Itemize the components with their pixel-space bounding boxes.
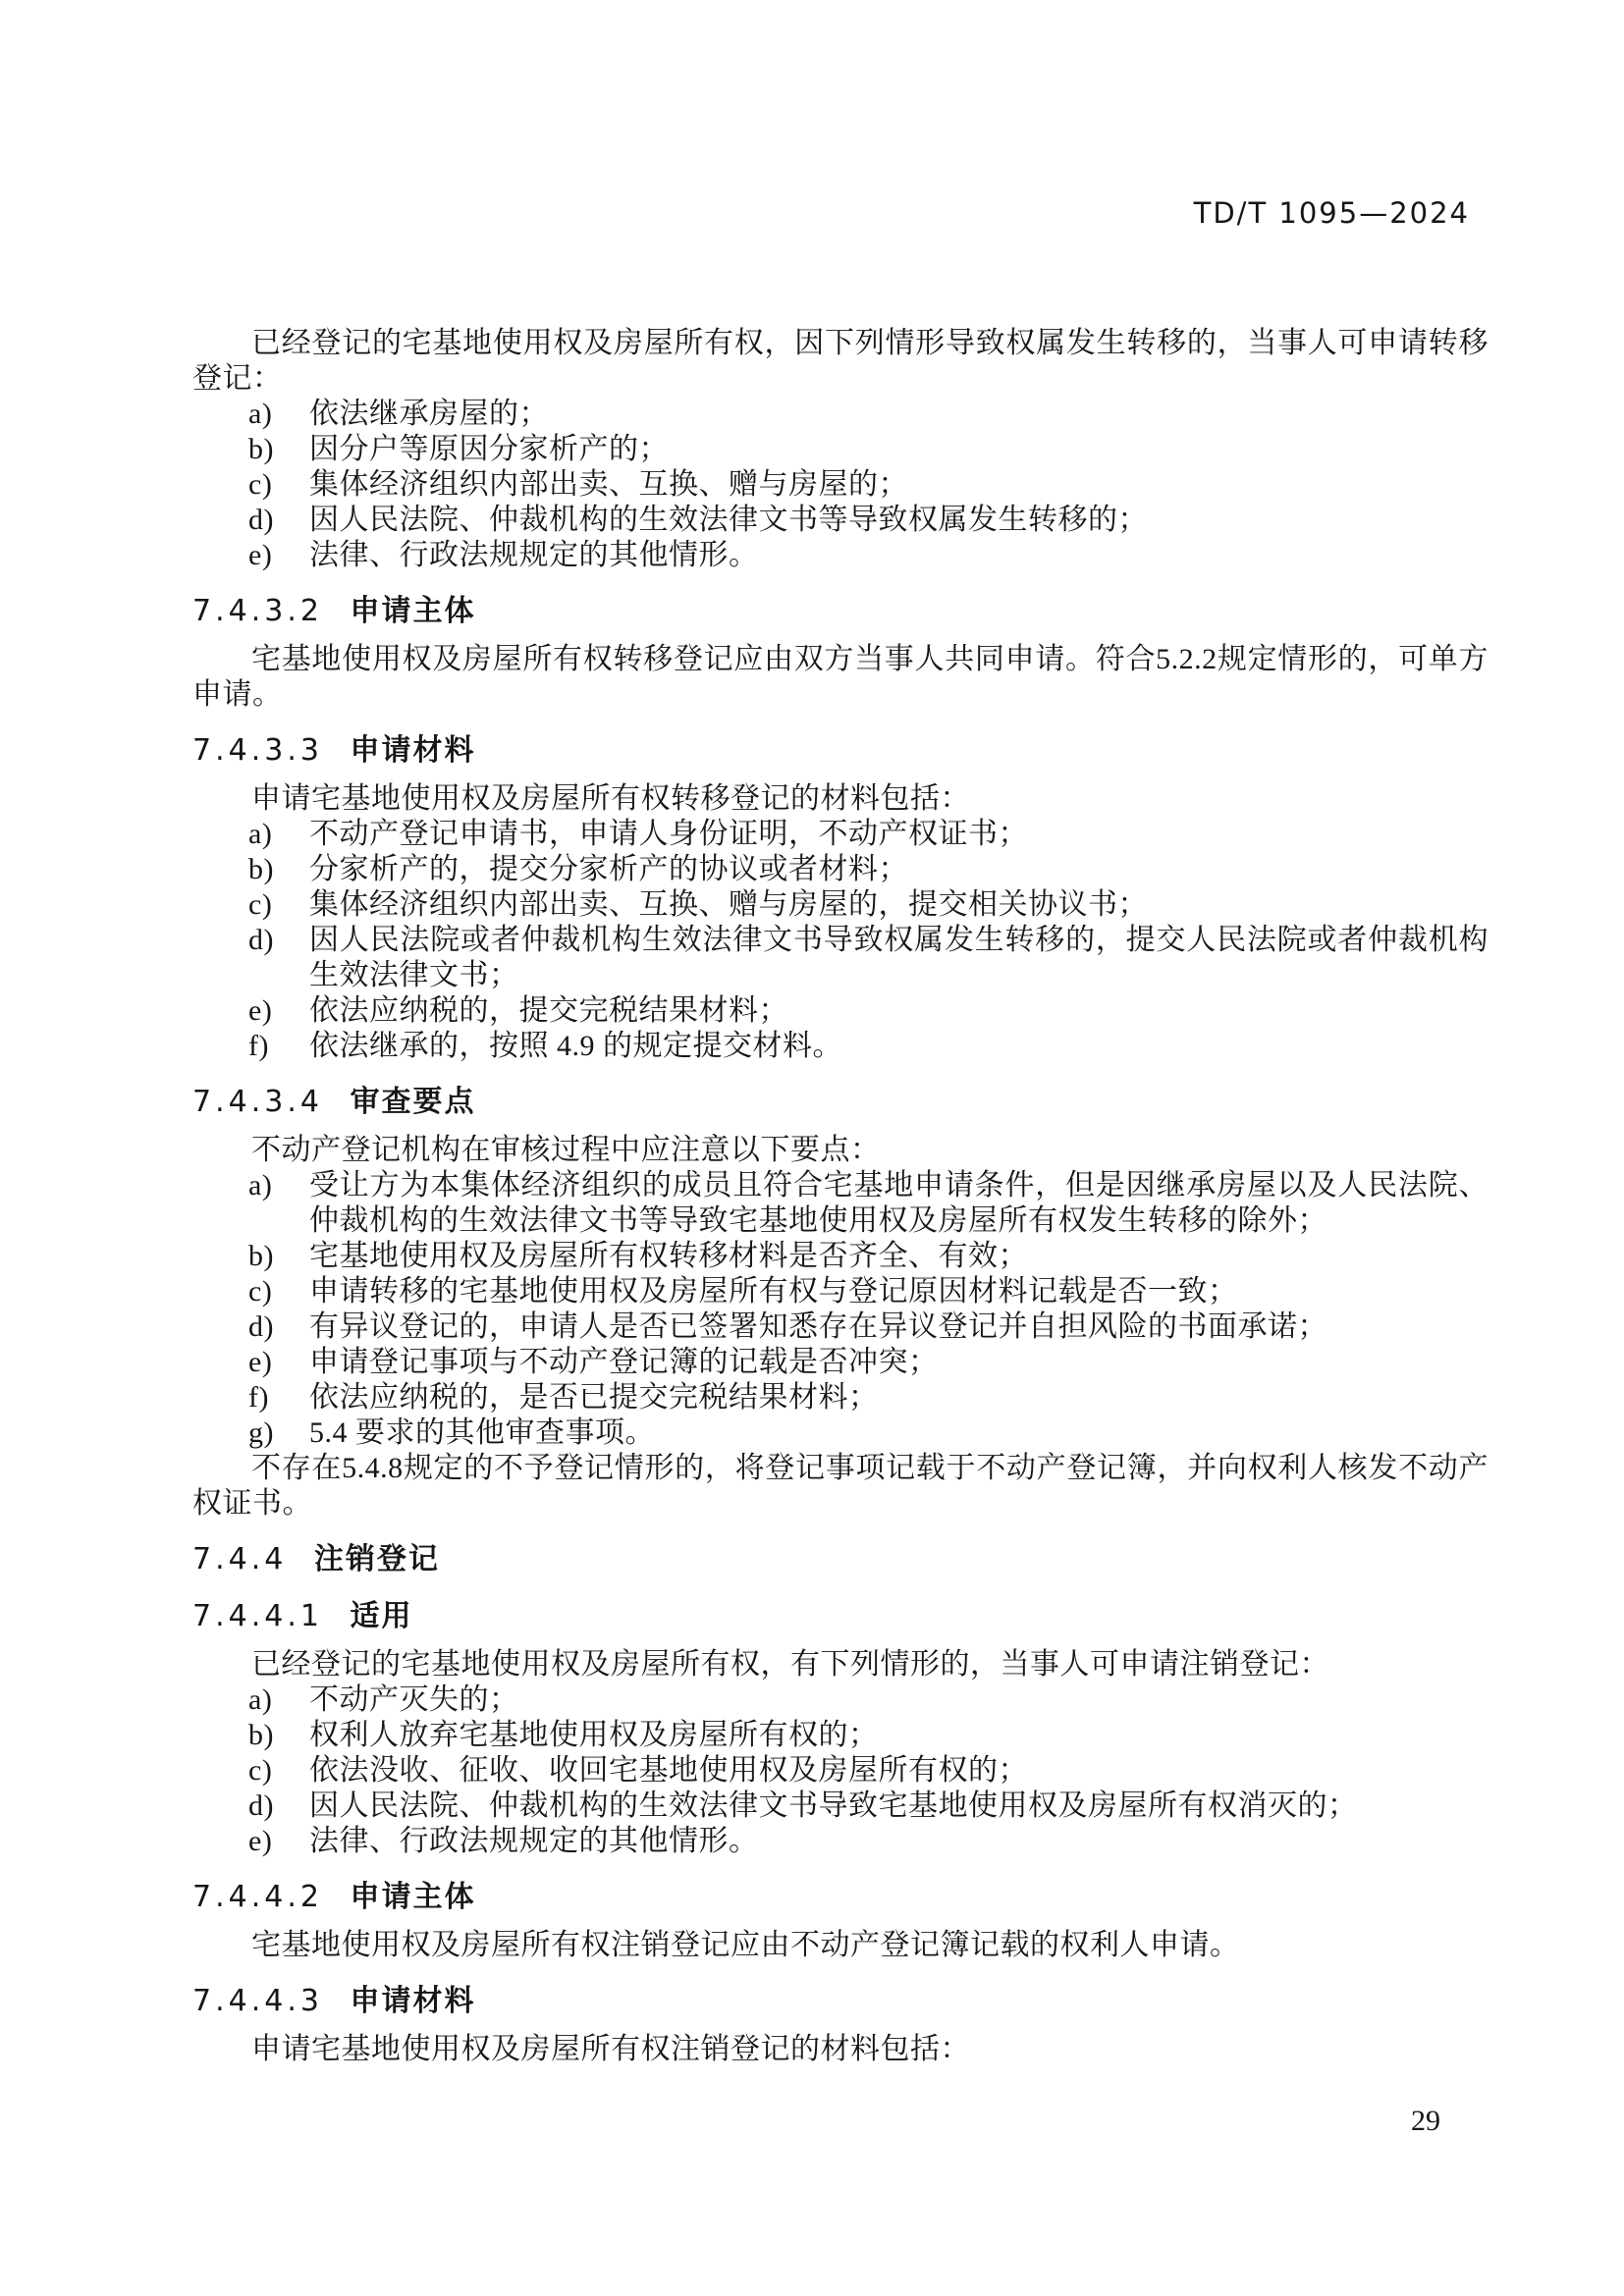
item-text: 有异议登记的，申请人是否已签署知悉存在异议登记并自担风险的书面承诺； [309, 1310, 1327, 1343]
application-materials-list: a) 不动产登记申请书，申请人身份证明，不动产权证书； b) 分家析产的，提交分… [192, 817, 1489, 1064]
item-label: e) [248, 1824, 272, 1859]
document-content: 已经登记的宅基地使用权及房屋所有权，因下列情形导致权属发生转移的，当事人可申请转… [192, 326, 1489, 2067]
clause-number: 7.4.3.4 [192, 1085, 323, 1119]
list-item: c) 集体经济组织内部出卖、互换、赠与房屋的； [192, 467, 1489, 503]
list-item: e) 依法应纳税的，提交完税结果材料； [192, 993, 1489, 1029]
item-text: 受让方为本集体经济组织的成员且符合宅基地申请条件，但是因继承房屋以及人民法院、仲… [309, 1169, 1489, 1237]
list-item: b) 分家析产的，提交分家析产的协议或者材料； [192, 852, 1489, 887]
item-text: 因分户等原因分家析产的； [309, 433, 669, 465]
transfer-intro-paragraph: 已经登记的宅基地使用权及房屋所有权，因下列情形导致权属发生转移的，当事人可申请转… [192, 326, 1489, 397]
item-text: 集体经济组织内部出卖、互换、赠与房屋的； [309, 468, 908, 501]
clause-number: 7.4.3.2 [192, 594, 323, 628]
list-item: d) 因人民法院或者仲裁机构生效法律文书导致权属发生转移的，提交人民法院或者仲裁… [192, 923, 1489, 993]
item-label: a) [248, 1682, 272, 1718]
item-label: d) [248, 503, 274, 538]
clause-intro-paragraph: 申请宅基地使用权及房屋所有权注销登记的材料包括： [192, 2032, 1489, 2067]
clause-title: 申请主体 [351, 594, 476, 628]
item-label: d) [248, 923, 274, 958]
review-points-list: a) 受让方为本集体经济组织的成员且符合宅基地申请条件，但是因继承房屋以及人民法… [192, 1168, 1489, 1451]
item-text: 宅基地使用权及房屋所有权转移材料是否齐全、有效； [309, 1240, 1028, 1272]
item-text: 不动产灭失的； [309, 1683, 519, 1716]
item-text: 依法继承房屋的； [309, 398, 549, 430]
clause-paragraph: 宅基地使用权及房屋所有权转移登记应由双方当事人共同申请。符合5.2.2规定情形的… [192, 642, 1489, 713]
item-text: 申请转移的宅基地使用权及房屋所有权与登记原因材料记载是否一致； [309, 1275, 1238, 1308]
item-label: b) [248, 1239, 274, 1274]
list-item: a) 受让方为本集体经济组织的成员且符合宅基地申请条件，但是因继承房屋以及人民法… [192, 1168, 1489, 1239]
list-item: d) 因人民法院、仲裁机构的生效法律文书等导致权属发生转移的； [192, 503, 1489, 538]
item-label: a) [248, 817, 272, 852]
list-item: g) 5.4 要求的其他审查事项。 [192, 1415, 1489, 1451]
clause-closing-paragraph: 不存在5.4.8规定的不予登记情形的，将登记事项记载于不动产登记簿，并向权利人核… [192, 1451, 1489, 1522]
list-item: a) 不动产灭失的； [192, 1682, 1489, 1718]
list-item: e) 申请登记事项与不动产登记簿的记载是否冲突； [192, 1345, 1489, 1380]
clause-title: 审查要点 [351, 1085, 476, 1119]
document-page: TD/T 1095—2024 已经登记的宅基地使用权及房屋所有权，因下列情形导致… [0, 0, 1624, 2296]
item-text: 分家析产的，提交分家析产的协议或者材料； [309, 853, 908, 885]
heading-7-4-3-4: 7.4.3.4 审查要点 [192, 1084, 1489, 1121]
list-item: b) 宅基地使用权及房屋所有权转移材料是否齐全、有效； [192, 1239, 1489, 1274]
list-item: c) 集体经济组织内部出卖、互换、赠与房屋的，提交相关协议书； [192, 887, 1489, 923]
heading-7-4-3-2: 7.4.3.2 申请主体 [192, 593, 1489, 630]
clause-number: 7.4.4.1 [192, 1599, 323, 1633]
clause-number: 7.4.4 [192, 1542, 287, 1576]
list-item: f) 依法应纳税的，是否已提交完税结果材料； [192, 1380, 1489, 1415]
item-text: 法律、行政法规规定的其他情形。 [309, 539, 759, 571]
item-label: c) [248, 887, 272, 923]
item-label: d) [248, 1789, 274, 1824]
heading-7-4-4-3: 7.4.4.3 申请材料 [192, 1983, 1489, 2020]
list-item: e) 法律、行政法规规定的其他情形。 [192, 1824, 1489, 1859]
item-text: 权利人放弃宅基地使用权及房屋所有权的； [309, 1719, 879, 1751]
clause-intro-paragraph: 申请宅基地使用权及房屋所有权转移登记的材料包括： [192, 781, 1489, 817]
item-text: 依法没收、征收、收回宅基地使用权及房屋所有权的； [309, 1754, 1028, 1787]
clause-number: 7.4.4.2 [192, 1880, 323, 1914]
item-text: 法律、行政法规规定的其他情形。 [309, 1825, 759, 1857]
item-label: c) [248, 1753, 272, 1789]
clause-title: 申请材料 [351, 1984, 476, 2018]
list-item: a) 不动产登记申请书，申请人身份证明，不动产权证书； [192, 817, 1489, 852]
item-label: e) [248, 993, 272, 1029]
item-text: 因人民法院或者仲裁机构生效法律文书导致权属发生转移的，提交人民法院或者仲裁机构生… [309, 924, 1489, 991]
item-label: a) [248, 1168, 272, 1203]
heading-7-4-4-2: 7.4.4.2 申请主体 [192, 1879, 1489, 1916]
clause-paragraph: 宅基地使用权及房屋所有权注销登记应由不动产登记簿记载的权利人申请。 [192, 1928, 1489, 1963]
item-text: 5.4 要求的其他审查事项。 [309, 1416, 655, 1449]
item-label: d) [248, 1309, 274, 1345]
clause-number: 7.4.4.3 [192, 1984, 323, 2018]
item-label: f) [248, 1380, 269, 1415]
clause-intro-paragraph: 不动产登记机构在审核过程中应注意以下要点： [192, 1133, 1489, 1168]
item-label: e) [248, 538, 272, 573]
item-label: e) [248, 1345, 272, 1380]
item-text: 因人民法院、仲裁机构的生效法律文书等导致权属发生转移的； [309, 504, 1148, 536]
list-item: d) 有异议登记的，申请人是否已签署知悉存在异议登记并自担风险的书面承诺； [192, 1309, 1489, 1345]
item-text: 申请登记事项与不动产登记簿的记载是否冲突； [309, 1346, 939, 1378]
clause-title: 适用 [351, 1599, 413, 1633]
item-label: c) [248, 467, 272, 503]
standard-number-header: TD/T 1095—2024 [1194, 196, 1470, 230]
list-item: c) 依法没收、征收、收回宅基地使用权及房屋所有权的； [192, 1753, 1489, 1789]
item-text: 依法应纳税的，提交完税结果材料； [309, 994, 788, 1027]
clause-number: 7.4.3.3 [192, 733, 323, 768]
list-item: a) 依法继承房屋的； [192, 397, 1489, 432]
item-label: g) [248, 1415, 274, 1451]
transfer-situations-list: a) 依法继承房屋的； b) 因分户等原因分家析产的； c) 集体经济组织内部出… [192, 397, 1489, 573]
heading-7-4-3-3: 7.4.3.3 申请材料 [192, 732, 1489, 770]
item-label: f) [248, 1029, 269, 1064]
clause-title: 申请材料 [351, 733, 476, 768]
item-text: 集体经济组织内部出卖、互换、赠与房屋的，提交相关协议书； [309, 888, 1148, 921]
clause-title: 申请主体 [351, 1880, 476, 1914]
list-item: c) 申请转移的宅基地使用权及房屋所有权与登记原因材料记载是否一致； [192, 1274, 1489, 1309]
cancellation-situations-list: a) 不动产灭失的； b) 权利人放弃宅基地使用权及房屋所有权的； c) 依法没… [192, 1682, 1489, 1859]
item-text: 不动产登记申请书，申请人身份证明，不动产权证书； [309, 818, 1028, 850]
item-label: b) [248, 1718, 274, 1753]
list-item: e) 法律、行政法规规定的其他情形。 [192, 538, 1489, 573]
list-item: f) 依法继承的，按照 4.9 的规定提交材料。 [192, 1029, 1489, 1064]
item-text: 依法继承的，按照 4.9 的规定提交材料。 [309, 1030, 842, 1062]
clause-title: 注销登记 [314, 1542, 440, 1576]
item-label: a) [248, 397, 272, 432]
item-text: 依法应纳税的，是否已提交完税结果材料； [309, 1381, 879, 1414]
list-item: b) 因分户等原因分家析产的； [192, 432, 1489, 467]
list-item: d) 因人民法院、仲裁机构的生效法律文书导致宅基地使用权及房屋所有权消灭的； [192, 1789, 1489, 1824]
clause-intro-paragraph: 已经登记的宅基地使用权及房屋所有权，有下列情形的，当事人可申请注销登记： [192, 1647, 1489, 1682]
item-label: b) [248, 432, 274, 467]
heading-7-4-4-1: 7.4.4.1 适用 [192, 1598, 1489, 1635]
item-text: 因人民法院、仲裁机构的生效法律文书导致宅基地使用权及房屋所有权消灭的； [309, 1789, 1358, 1822]
item-label: c) [248, 1274, 272, 1309]
page-number: 29 [1411, 2105, 1440, 2138]
item-label: b) [248, 852, 274, 887]
list-item: b) 权利人放弃宅基地使用权及房屋所有权的； [192, 1718, 1489, 1753]
heading-7-4-4: 7.4.4 注销登记 [192, 1541, 1489, 1578]
